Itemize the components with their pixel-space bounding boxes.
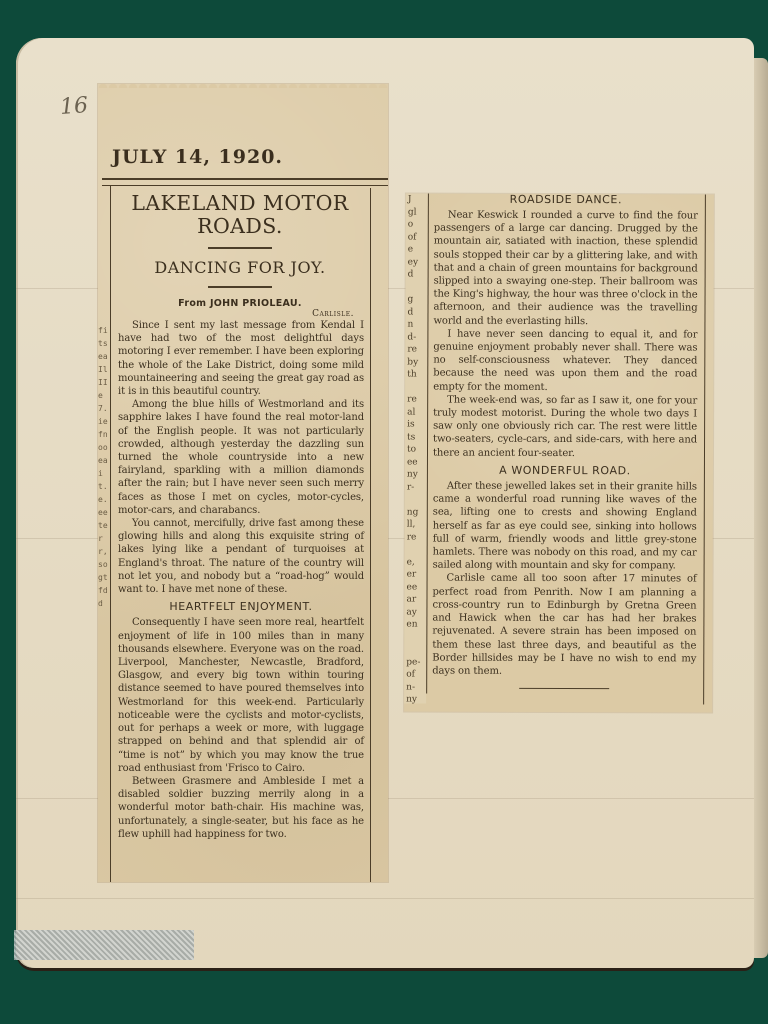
- paragraph: Between Grasmere and Ambleside I met a d…: [118, 775, 364, 841]
- fragment-text: al: [407, 406, 427, 419]
- paragraph: You cannot, mercifully, drive fast among…: [118, 517, 364, 596]
- fragment-text: ee: [407, 581, 427, 594]
- fragment-text: e,: [407, 556, 427, 569]
- fragment-text: d: [408, 268, 428, 281]
- fragment-text: J: [408, 193, 428, 206]
- adjacent-column-fragment: Jgloofeeyd gdnd-rebyth realiststoeenyr- …: [404, 193, 428, 703]
- book-binding-cloth: [14, 930, 194, 960]
- paragraph: Among the blue hills of Westmorland and …: [118, 398, 364, 517]
- paragraph: After these jewelled lakes set in their …: [433, 480, 697, 573]
- fragment-text: [408, 281, 428, 294]
- fragment-text: re: [407, 393, 427, 406]
- fragment-text: ny: [406, 693, 426, 703]
- fragment-text: gl: [408, 206, 428, 219]
- paragraph: Near Keswick I rounded a curve to find t…: [433, 209, 697, 329]
- fragment-text: ay: [406, 606, 426, 619]
- fragment-text: ng: [407, 506, 427, 519]
- fragment-text: ny: [407, 468, 427, 481]
- fragment-text: [406, 631, 426, 644]
- subheadline: DANCING FOR JOY.: [112, 258, 368, 277]
- byline: From JOHN PRIOLEAU.: [112, 298, 368, 309]
- fragment-text: [407, 381, 427, 394]
- fragment-text: [407, 543, 427, 556]
- fragment-text: r-: [407, 481, 427, 494]
- fragment-text: g: [408, 293, 428, 306]
- fragment-text: th: [407, 368, 427, 381]
- fragment-text: ey: [408, 256, 428, 269]
- fragment-text: o: [408, 218, 428, 231]
- column-rule: [110, 186, 111, 882]
- article-body: Since I sent my last message from Kendal…: [112, 319, 368, 841]
- section-heading: A WONDERFUL ROAD.: [433, 463, 697, 477]
- fragment-text: of: [408, 231, 428, 244]
- handwritten-page-number: 16: [59, 93, 89, 120]
- ruled-line: [16, 898, 754, 899]
- section-heading: HEARTFELT ENJOYMENT.: [118, 600, 364, 613]
- fragment-text: ll,: [407, 518, 427, 531]
- dateline-place: Carlisle.: [112, 309, 354, 319]
- fragment-text: n: [407, 318, 427, 331]
- page-edge: [754, 58, 768, 958]
- clipping-date: JULY 14, 1920.: [112, 146, 283, 168]
- newspaper-clipping-right: Jgloofeeyd gdnd-rebyth realiststoeenyr- …: [404, 193, 714, 712]
- double-rule: [102, 178, 388, 186]
- fragment-text: pe-: [406, 656, 426, 669]
- headline: LAKELAND MOTOR ROADS.: [112, 192, 368, 238]
- fragment-text: ts: [407, 431, 427, 444]
- fragment-text: e: [408, 243, 428, 256]
- section-heading: ROADSIDE DANCE.: [432, 193, 700, 207]
- fragment-text: re: [407, 531, 427, 544]
- fragment-text: [406, 643, 426, 656]
- fragment-text: by: [407, 356, 427, 369]
- paragraph: Carlisle came all too soon after 17 minu…: [432, 572, 696, 679]
- paragraph: Since I sent my last message from Kendal…: [118, 319, 364, 398]
- headline-line-1: LAKELAND MOTOR: [112, 192, 368, 215]
- paragraph: The week-end was, so far as I saw it, on…: [433, 393, 697, 460]
- fragment-text: d: [407, 306, 427, 319]
- column-rule: [370, 188, 371, 882]
- fragment-text: is: [407, 418, 427, 431]
- fragment-text: n-: [406, 681, 426, 694]
- fragment-text: en: [406, 618, 426, 631]
- article-body: Near Keswick I rounded a curve to find t…: [430, 209, 700, 679]
- headline-line-2: ROADS.: [112, 215, 368, 238]
- short-rule: [208, 286, 272, 288]
- column-rule: [703, 195, 706, 705]
- fragment-text: of: [406, 668, 426, 681]
- fragment-text: to: [407, 443, 427, 456]
- fragment-text: re: [407, 343, 427, 356]
- newspaper-clipping-left: JULY 14, 1920. fitseaIlIIe7.iefnooeait.e…: [98, 84, 388, 882]
- end-rule: [519, 688, 609, 689]
- paragraph: Consequently I have seen more real, hear…: [118, 616, 364, 774]
- adjacent-column-fragment: fitseaIlIIe7.iefnooeait.e.eeterr,sogtfdd: [98, 324, 108, 884]
- article-lakeland-motor-roads: LAKELAND MOTOR ROADS. DANCING FOR JOY. F…: [112, 188, 368, 841]
- fragment-text: [407, 493, 427, 506]
- fragment-text: er: [407, 568, 427, 581]
- paragraph: I have never seen dancing to equal it, a…: [433, 327, 697, 394]
- short-rule: [208, 247, 272, 249]
- article-continuation: ROADSIDE DANCE. Near Keswick I rounded a…: [430, 193, 700, 690]
- fragment-text: d-: [407, 331, 427, 344]
- fragment-text: ar: [406, 593, 426, 606]
- fragment-text: ee: [407, 456, 427, 469]
